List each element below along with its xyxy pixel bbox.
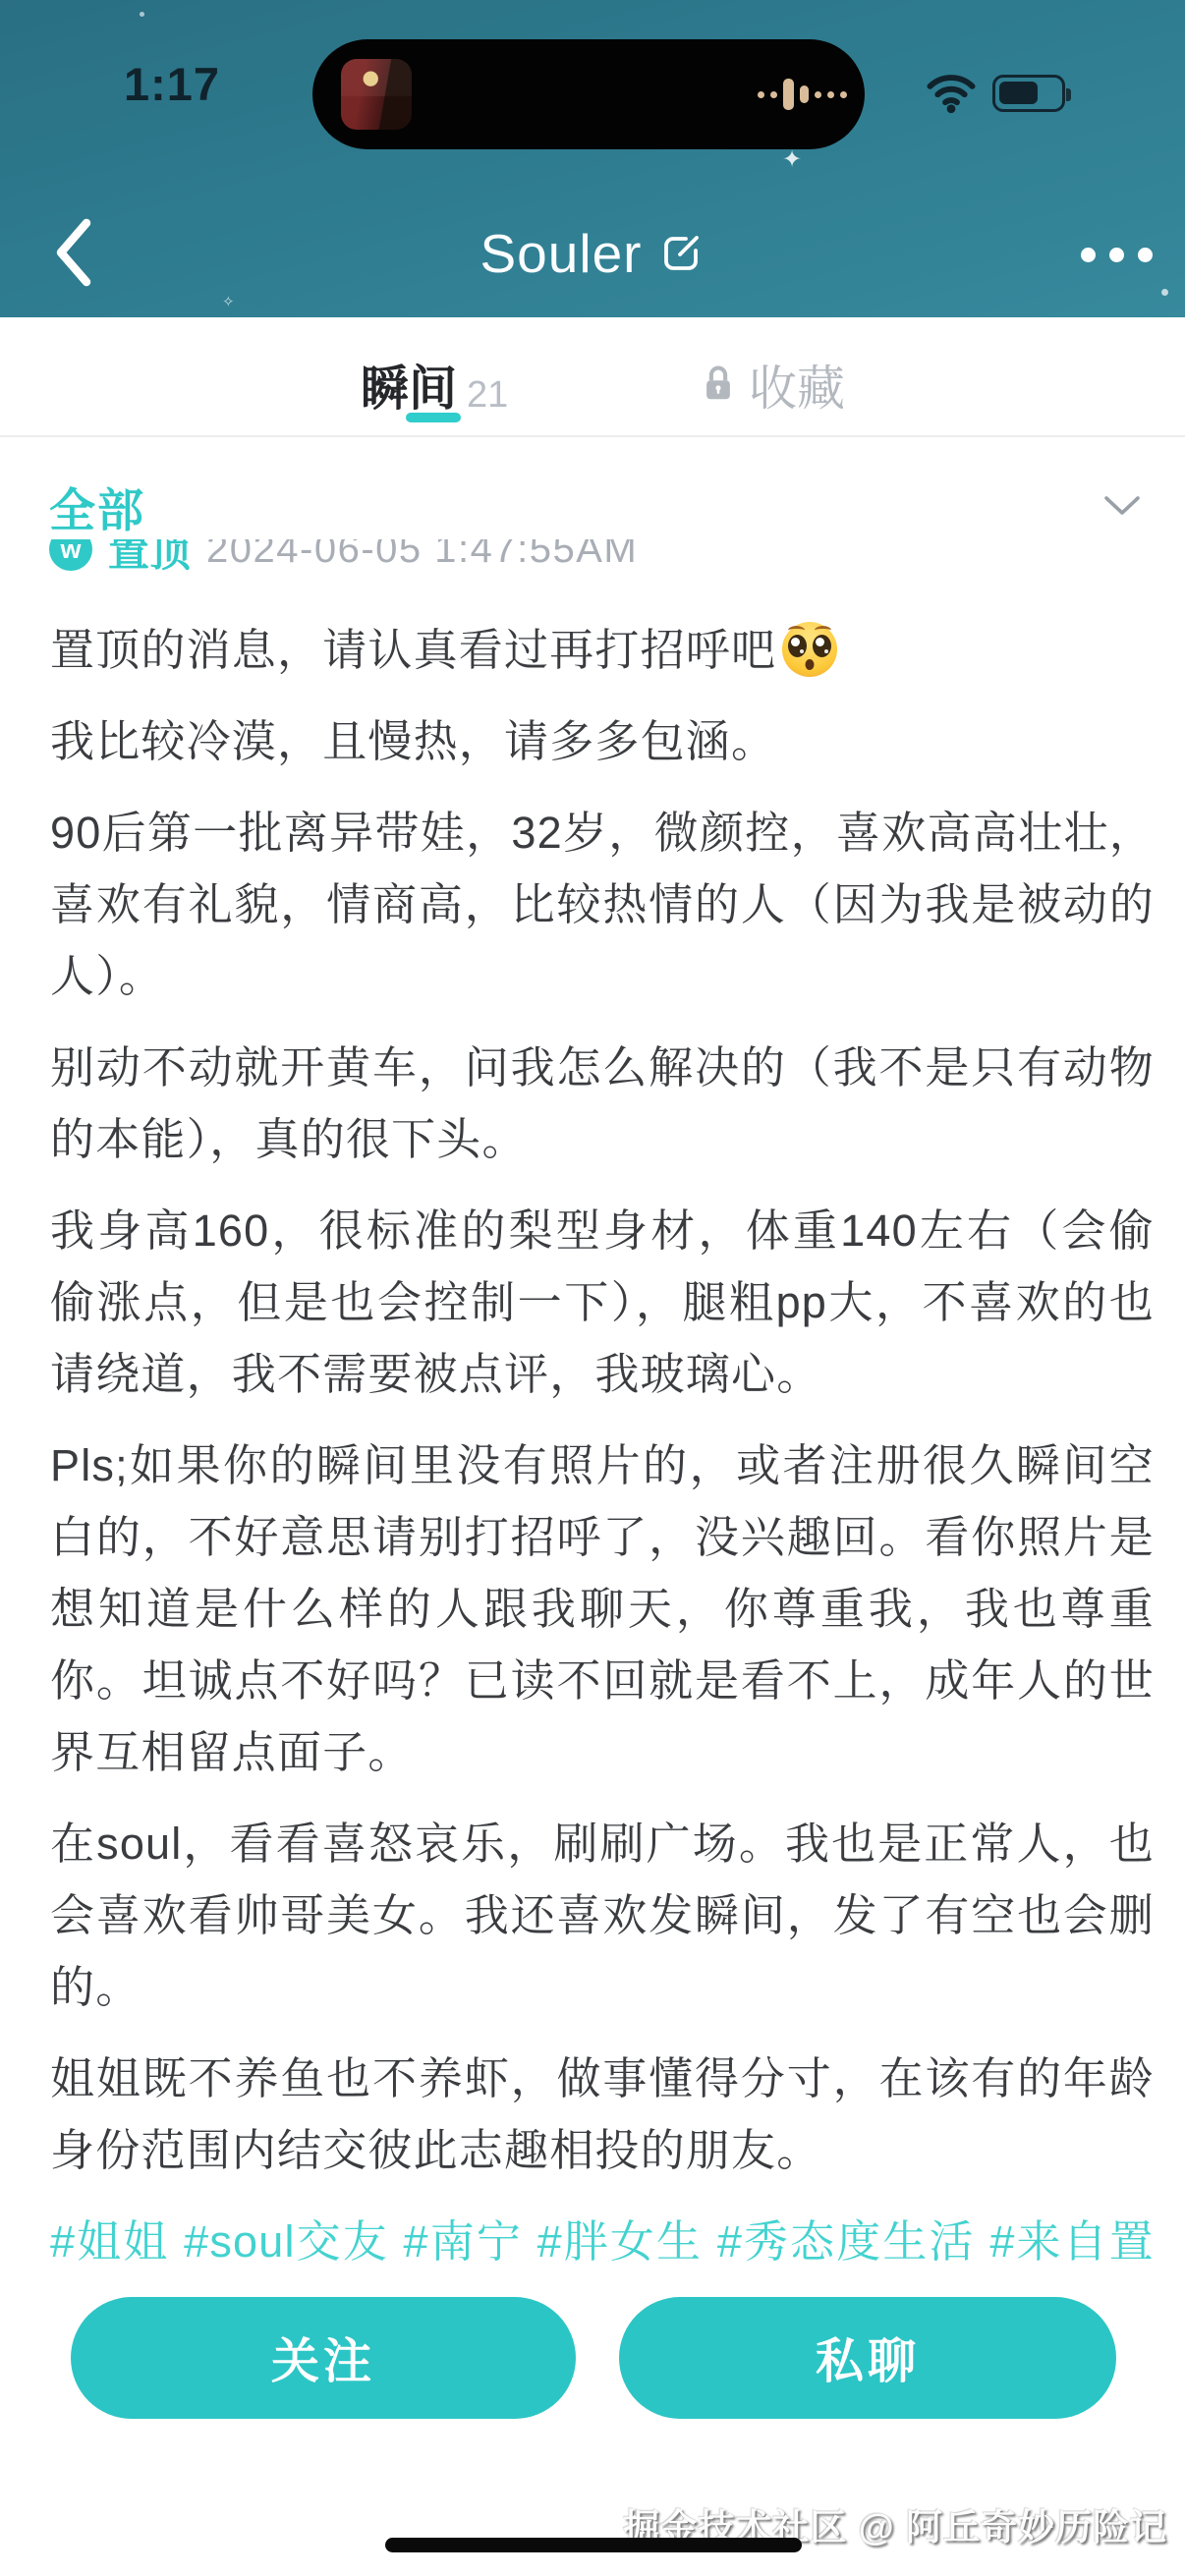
post-paragraph: 我比较冷漠，且慢热，请多多包涵。 (50, 705, 1155, 777)
soul-badge-icon: w (49, 539, 92, 571)
post-paragraph: 我身高160，很标准的梨型身材，体重140左右（会偷偷涨点，但是也会控制一下），… (50, 1195, 1155, 1410)
follow-button[interactable]: 关注 (71, 2297, 576, 2419)
active-tab-indicator (406, 413, 461, 422)
pinned-post-meta: w 置顶 2024-06-05 1:47:55AM (49, 539, 1130, 585)
filter-all-dropdown[interactable]: 全部 (49, 475, 145, 540)
post-timestamp: 2024-06-05 1:47:55AM (206, 539, 638, 572)
page-title: Souler (480, 222, 643, 285)
sparkle-dot (1161, 289, 1168, 296)
dynamic-island[interactable] (312, 39, 865, 149)
dot (1109, 248, 1124, 262)
post-paragraph: 90后第一批离异带娃，32岁，微颜控，喜欢高高壮壮，喜欢有礼貌，情商高，比较热情… (50, 797, 1155, 1012)
dot (1138, 248, 1153, 262)
tab-moments[interactable]: 瞬间 21 (361, 351, 508, 420)
bottom-action-bar: 关注 私聊 掘金技术社区 @ 阿丘奇妙历险记 (0, 2291, 1185, 2576)
more-options-button[interactable] (1081, 248, 1153, 262)
pinned-badge: 置顶 (108, 539, 191, 579)
sparkle-star-icon: ✧ (222, 293, 235, 310)
tab-favorites-label: 收藏 (749, 351, 845, 420)
edit-icon[interactable] (657, 230, 705, 277)
lock-icon (700, 363, 737, 408)
battery-icon (992, 75, 1065, 112)
sparkle-dot (140, 12, 144, 17)
post-body: 置顶的消息，请认真看过再打招呼吧 我比较冷漠，且慢热，请多多包涵。 90后第一批… (50, 614, 1155, 2349)
audio-waveform-icon (758, 79, 847, 110)
now-playing-thumbnail (341, 59, 412, 130)
sparkle-star-icon: ✦ (782, 145, 802, 174)
post-paragraph: Pls;如果你的瞬间里没有照片的，或者注册很久瞬间空白的，不好意思请别打招呼了，… (50, 1429, 1155, 1788)
battery-nub (1066, 88, 1071, 101)
dot (1081, 248, 1096, 262)
wifi-icon (925, 71, 978, 114)
post-paragraph: 在soul，看看喜怒哀乐，刷刷广场。我也是正常人，也会喜欢看帅哥美女。我还喜欢发… (50, 1808, 1155, 2023)
tab-favorites[interactable]: 收藏 (700, 351, 845, 420)
nav-title-row: Souler (0, 222, 1185, 285)
divider (0, 435, 1185, 437)
post-paragraph: 置顶的消息，请认真看过再打招呼吧 (50, 614, 1155, 686)
post-paragraph: 别动不动就开黄车，问我怎么解决的（我不是只有动物的本能），真的很下头。 (50, 1032, 1155, 1175)
chevron-down-icon[interactable] (1102, 494, 1142, 518)
home-indicator[interactable] (385, 2538, 802, 2552)
souler-profile-screen: ✦ ✧ 1:17 Souler (0, 0, 1185, 2576)
tab-moments-label: 瞬间 (361, 351, 457, 420)
battery-fill (999, 82, 1038, 104)
tab-moments-count: 21 (467, 374, 508, 420)
pleading-face-emoji (782, 622, 837, 677)
post-paragraph: 姐姐既不养鱼也不养虾，做事懂得分寸，在该有的年龄身份范围内结交彼此志趣相投的朋友… (50, 2043, 1155, 2186)
status-time: 1:17 (124, 57, 220, 111)
private-chat-button[interactable]: 私聊 (619, 2297, 1116, 2419)
